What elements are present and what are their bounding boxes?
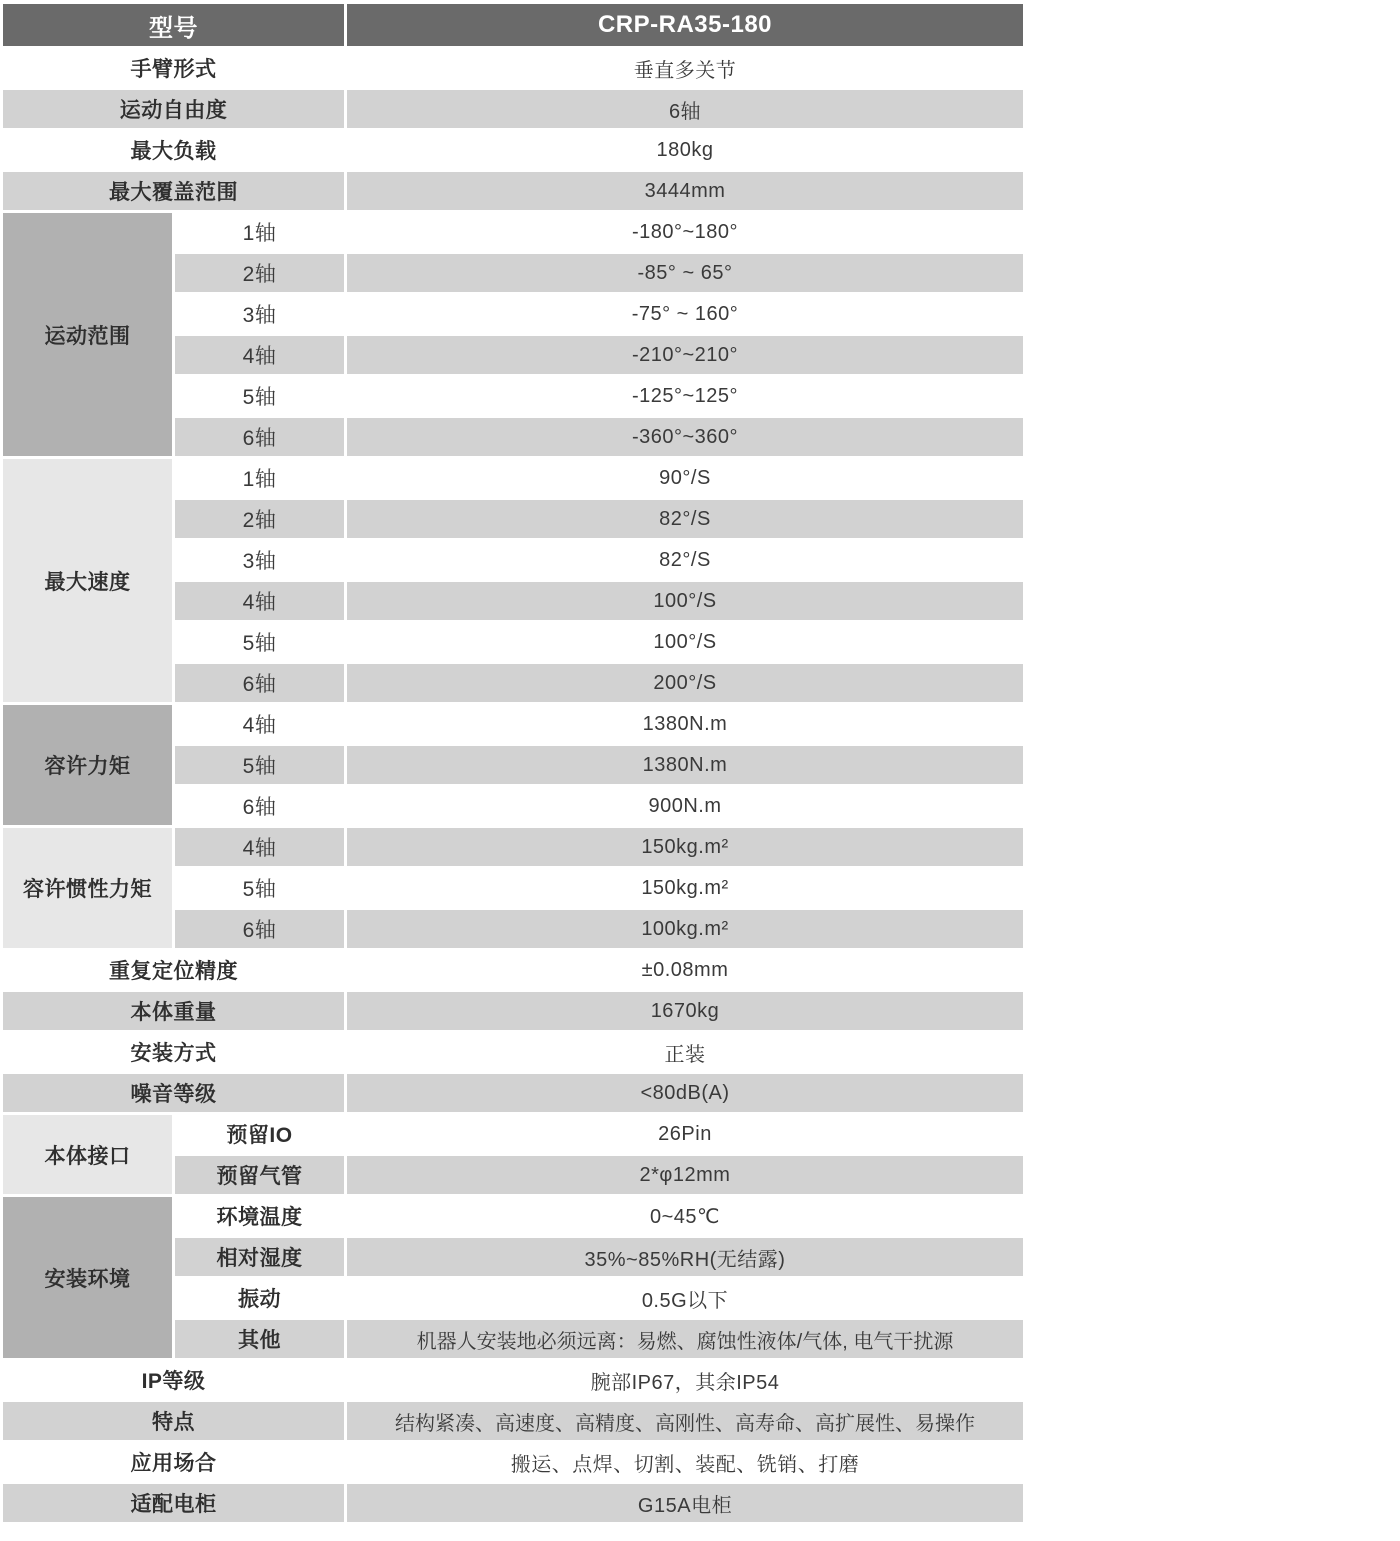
table-row: 安装方式 正装 — [3, 1033, 1023, 1071]
spec-label: 噪音等级 — [3, 1074, 344, 1112]
robot-spec-table: 型号 CRP-RA35-180 手臂形式 垂直多关节 运动自由度 6轴 最大负载… — [0, 1, 1026, 1525]
group-label-max-speed: 最大速度 — [3, 459, 172, 702]
table-row: 适配电柜 G15A电柜 — [3, 1484, 1023, 1522]
table-row: 型号 CRP-RA35-180 — [3, 4, 1023, 46]
table-row: 本体重量 1670kg — [3, 992, 1023, 1030]
table-row: 最大覆盖范围 3444mm — [3, 172, 1023, 210]
spec-label: 运动自由度 — [3, 90, 344, 128]
spec-value: 35%~85%RH(无结露) — [347, 1238, 1023, 1276]
spec-label: IP等级 — [3, 1361, 344, 1399]
spec-value: 1670kg — [347, 992, 1023, 1030]
spec-value: 90°/S — [347, 459, 1023, 497]
axis-label: 4轴 — [175, 336, 344, 374]
env-label: 环境温度 — [175, 1197, 344, 1235]
spec-label: 最大负载 — [3, 131, 344, 169]
axis-label: 6轴 — [175, 418, 344, 456]
group-label-body-interface: 本体接口 — [3, 1115, 172, 1194]
axis-label: 5轴 — [175, 746, 344, 784]
spec-value: <80dB(A) — [347, 1074, 1023, 1112]
table-row: IP等级 腕部IP67，其余IP54 — [3, 1361, 1023, 1399]
spec-value: ±0.08mm — [347, 951, 1023, 989]
spec-label: 重复定位精度 — [3, 951, 344, 989]
spec-value: -180°~180° — [347, 213, 1023, 251]
spec-value: 结构紧凑、高速度、高精度、高刚性、高寿命、高扩展性、易操作 — [347, 1402, 1023, 1440]
spec-value: 100kg.m² — [347, 910, 1023, 948]
spec-value: 1380N.m — [347, 705, 1023, 743]
spec-value: 搬运、点焊、切割、装配、铣销、打磨 — [347, 1443, 1023, 1481]
table-row: 最大速度 1轴 90°/S — [3, 459, 1023, 497]
table-row: 运动范围 1轴 -180°~180° — [3, 213, 1023, 251]
group-label-install-env: 安装环境 — [3, 1197, 172, 1358]
model-label: 型号 — [3, 4, 344, 46]
table-row: 特点 结构紧凑、高速度、高精度、高刚性、高寿命、高扩展性、易操作 — [3, 1402, 1023, 1440]
env-label: 其他 — [175, 1320, 344, 1358]
spec-value: -210°~210° — [347, 336, 1023, 374]
axis-label: 5轴 — [175, 623, 344, 661]
spec-value: 82°/S — [347, 500, 1023, 538]
axis-label: 5轴 — [175, 869, 344, 907]
spec-value: 900N.m — [347, 787, 1023, 825]
spec-value: 150kg.m² — [347, 869, 1023, 907]
table-row: 手臂形式 垂直多关节 — [3, 49, 1023, 87]
axis-label: 6轴 — [175, 910, 344, 948]
table-row: 应用场合 搬运、点焊、切割、装配、铣销、打磨 — [3, 1443, 1023, 1481]
table-row: 最大负载 180kg — [3, 131, 1023, 169]
env-label: 振动 — [175, 1279, 344, 1317]
table-row: 容许惯性力矩 4轴 150kg.m² — [3, 828, 1023, 866]
spec-label: 最大覆盖范围 — [3, 172, 344, 210]
spec-value: -85° ~ 65° — [347, 254, 1023, 292]
axis-label: 3轴 — [175, 295, 344, 333]
spec-value: 机器人安装地必须远离：易燃、腐蚀性液体/气体, 电气干扰源 — [347, 1320, 1023, 1358]
spec-value: 2*φ12mm — [347, 1156, 1023, 1194]
table-row: 安装环境 环境温度 0~45℃ — [3, 1197, 1023, 1235]
env-label: 相对湿度 — [175, 1238, 344, 1276]
spec-value: 6轴 — [347, 90, 1023, 128]
table-row: 本体接口 预留IO 26Pin — [3, 1115, 1023, 1153]
spec-value: 3444mm — [347, 172, 1023, 210]
axis-label: 2轴 — [175, 254, 344, 292]
spec-value: 0~45℃ — [347, 1197, 1023, 1235]
axis-label: 6轴 — [175, 664, 344, 702]
spec-value: 180kg — [347, 131, 1023, 169]
axis-label: 4轴 — [175, 705, 344, 743]
spec-label: 应用场合 — [3, 1443, 344, 1481]
spec-value: 100°/S — [347, 623, 1023, 661]
spec-value: 0.5G以下 — [347, 1279, 1023, 1317]
axis-label: 1轴 — [175, 213, 344, 251]
axis-label: 6轴 — [175, 787, 344, 825]
axis-label: 4轴 — [175, 582, 344, 620]
axis-label: 3轴 — [175, 541, 344, 579]
spec-value: 82°/S — [347, 541, 1023, 579]
table-row: 运动自由度 6轴 — [3, 90, 1023, 128]
spec-value: 150kg.m² — [347, 828, 1023, 866]
axis-label: 4轴 — [175, 828, 344, 866]
axis-label: 5轴 — [175, 377, 344, 415]
spec-value: 26Pin — [347, 1115, 1023, 1153]
axis-label: 1轴 — [175, 459, 344, 497]
interface-label: 预留IO — [175, 1115, 344, 1153]
axis-label: 2轴 — [175, 500, 344, 538]
group-label-allowable-inertia: 容许惯性力矩 — [3, 828, 172, 948]
spec-value: -75° ~ 160° — [347, 295, 1023, 333]
table-row: 重复定位精度 ±0.08mm — [3, 951, 1023, 989]
spec-value: 200°/S — [347, 664, 1023, 702]
interface-label: 预留气管 — [175, 1156, 344, 1194]
spec-label: 特点 — [3, 1402, 344, 1440]
table-row: 容许力矩 4轴 1380N.m — [3, 705, 1023, 743]
spec-value: 正装 — [347, 1033, 1023, 1071]
spec-value: 腕部IP67，其余IP54 — [347, 1361, 1023, 1399]
spec-value: 1380N.m — [347, 746, 1023, 784]
spec-label: 本体重量 — [3, 992, 344, 1030]
spec-label: 适配电柜 — [3, 1484, 344, 1522]
group-label-motion-range: 运动范围 — [3, 213, 172, 456]
spec-value: 垂直多关节 — [347, 49, 1023, 87]
table-row: 噪音等级 <80dB(A) — [3, 1074, 1023, 1112]
model-value: CRP-RA35-180 — [347, 4, 1023, 46]
spec-label: 手臂形式 — [3, 49, 344, 87]
spec-label: 安装方式 — [3, 1033, 344, 1071]
spec-value: G15A电柜 — [347, 1484, 1023, 1522]
group-label-allowable-torque: 容许力矩 — [3, 705, 172, 825]
spec-value: 100°/S — [347, 582, 1023, 620]
spec-value: -360°~360° — [347, 418, 1023, 456]
spec-value: -125°~125° — [347, 377, 1023, 415]
